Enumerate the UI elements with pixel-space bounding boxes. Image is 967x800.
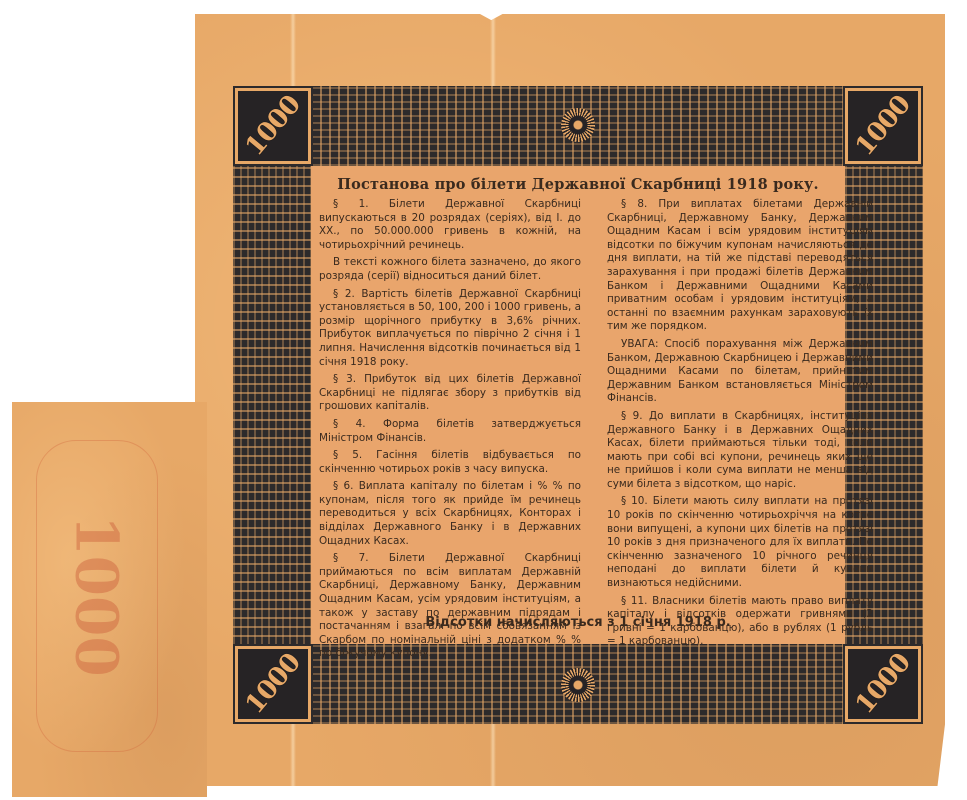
paragraph: § 7. Білети Державної Скарбниці приймают… — [319, 552, 581, 661]
document-title: Постанова про білети Державної Скарбниці… — [311, 176, 845, 193]
ornamental-frame: 1000 1000 1000 1000 Постанова про білети… — [233, 86, 923, 724]
paragraph: § 8. При виплатах білетами Державній Ска… — [607, 198, 873, 334]
paragraph: § 3. Прибуток від цих білетів Державної … — [319, 373, 581, 414]
watermark-1000: 1000 — [36, 440, 158, 752]
corner-numeral: 1000 — [843, 644, 923, 724]
border-band-left — [233, 164, 311, 646]
corner-numeral: 1000 — [233, 644, 313, 724]
paragraph: § 4. Форма білетів затверджується Мініст… — [319, 418, 581, 445]
paragraph: В тексті кожного білета зазначено, до як… — [319, 256, 581, 283]
paragraph: § 2. Вартість білетів Державної Скарбниц… — [319, 288, 581, 370]
paragraph: § 10. Білети мають силу виплати на протя… — [607, 495, 873, 590]
right-column: § 8. При виплатах білетами Державній Ска… — [607, 198, 873, 653]
left-column: § 1. Білети Державної Скарбниці випускаю… — [319, 198, 581, 665]
paragraph: § 5. Гасіння білетів відбувається по скі… — [319, 449, 581, 476]
paragraph: § 6. Виплата капіталу по білетам і % % п… — [319, 480, 581, 548]
paragraph: УВАГА: Спосіб порахування між Державним … — [607, 338, 873, 406]
corner-numeral: 1000 — [233, 86, 313, 166]
interest-footer: Відсотки начисляються з 1 січня 1918 р. — [311, 615, 845, 630]
rosette-ornament-icon — [561, 668, 595, 702]
rosette-ornament-icon — [561, 108, 595, 142]
text-panel: Постанова про білети Державної Скарбниці… — [311, 166, 845, 644]
paragraph: § 1. Білети Державної Скарбниці випускаю… — [319, 198, 581, 252]
corner-numeral: 1000 — [843, 86, 923, 166]
paragraph: § 9. До виплати в Скарбницях, інституція… — [607, 410, 873, 492]
